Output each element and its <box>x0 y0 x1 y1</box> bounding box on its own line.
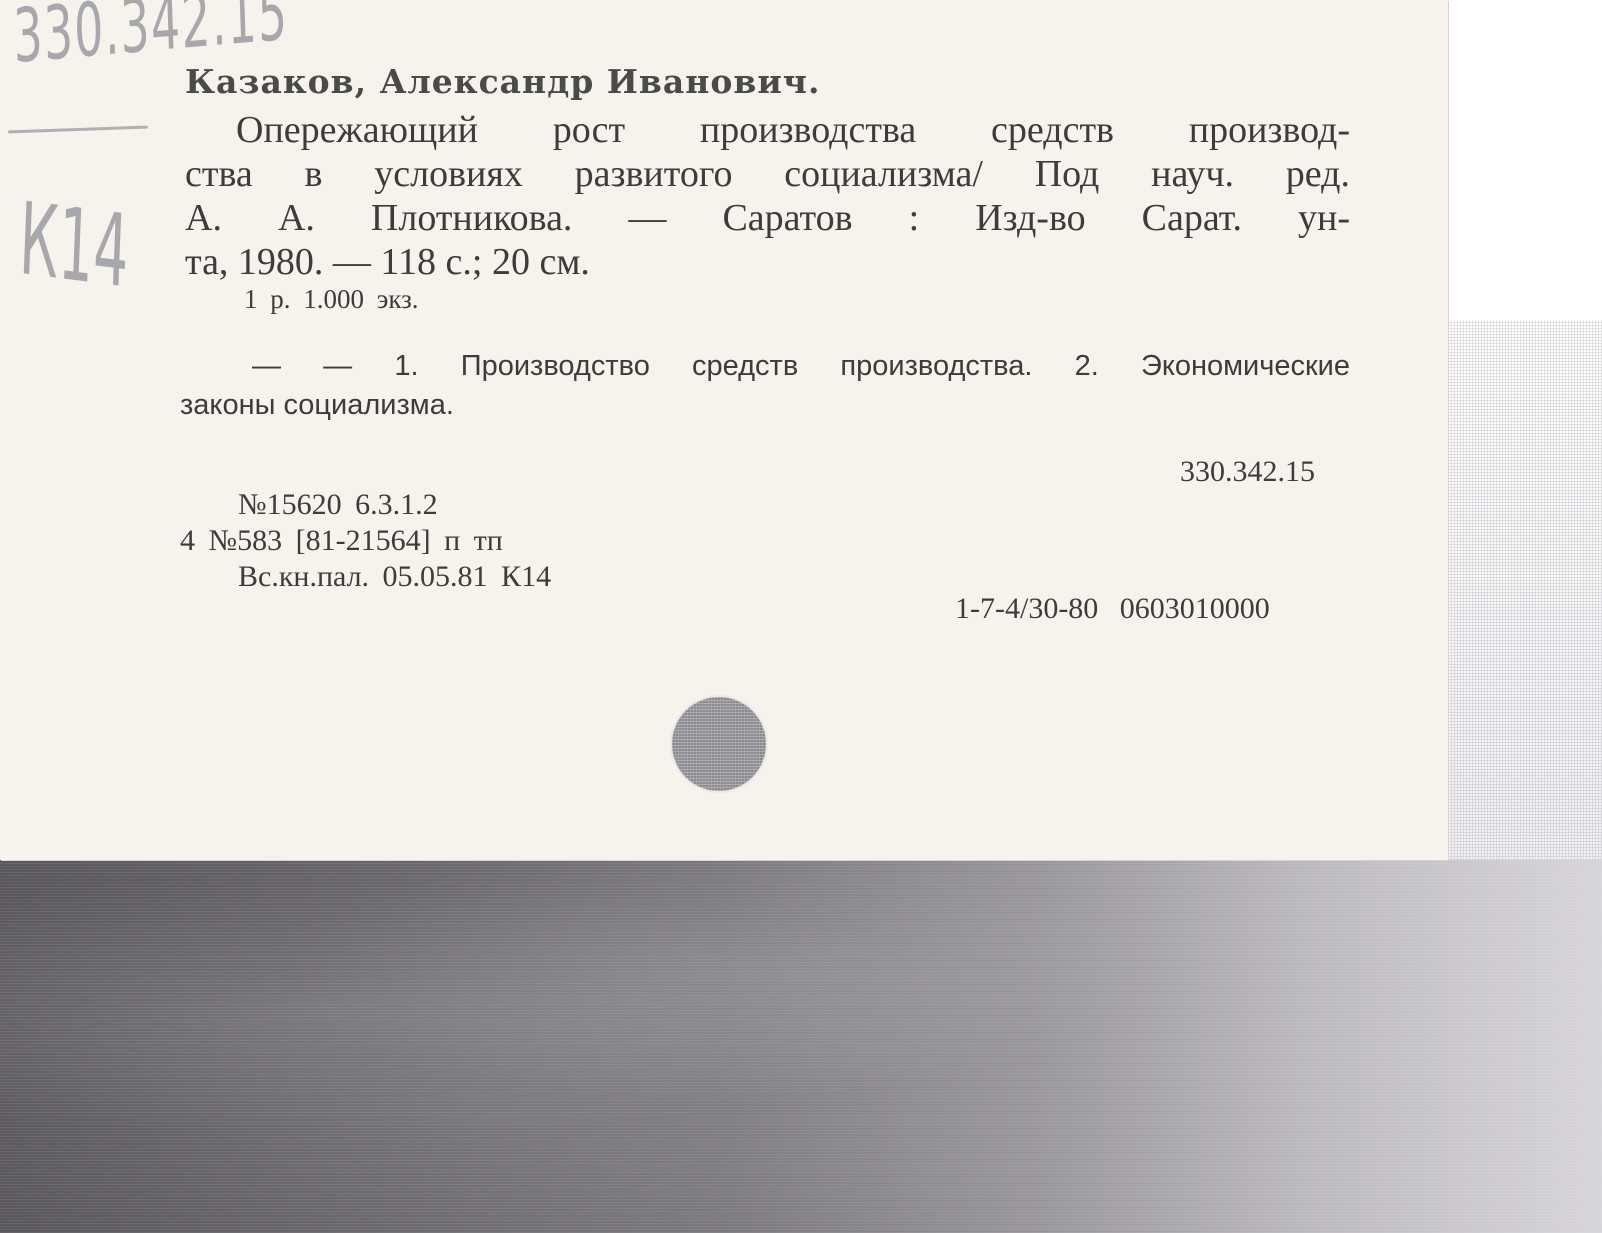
udc-classification: 330.342.15 <box>1180 455 1315 489</box>
pencil-underline <box>8 126 148 134</box>
title-line-2: ства в условиях развитого социализма/ По… <box>185 152 1350 196</box>
catalog-card: 330.342.15 К14 Казаков, Александр Иванов… <box>0 0 1448 860</box>
title-line-1: Опережающий рост производства средств пр… <box>236 108 1350 152</box>
subject-headings-line-1: — — 1. Производство средств производства… <box>252 350 1350 383</box>
book-chamber-date: Вс.кн.пал. 05.05.81 К14 <box>238 560 551 594</box>
title-line-3: А. А. Плотникова. — Саратов : Изд-во Сар… <box>185 196 1350 240</box>
title-line-4: та, 1980. — 118 с.; 20 см. <box>185 240 1350 284</box>
order-number: 4 №583 [81-21564] п тп <box>180 524 503 558</box>
card-number: №15620 6.3.1.2 <box>238 488 438 522</box>
scanner-bed-grid <box>1448 320 1602 860</box>
pencil-author-mark: К14 <box>18 180 131 311</box>
punch-hole <box>672 697 766 791</box>
price-print-run: 1 р. 1.000 экз. <box>244 284 419 315</box>
publisher-codes: 1-7-4/30-80 0603010000 <box>955 592 1270 626</box>
subject-headings-line-2: законы социализма. <box>180 389 454 422</box>
author-heading: Казаков, Александр Иванович. <box>185 62 820 101</box>
scanner-bed-background <box>0 860 1602 1233</box>
